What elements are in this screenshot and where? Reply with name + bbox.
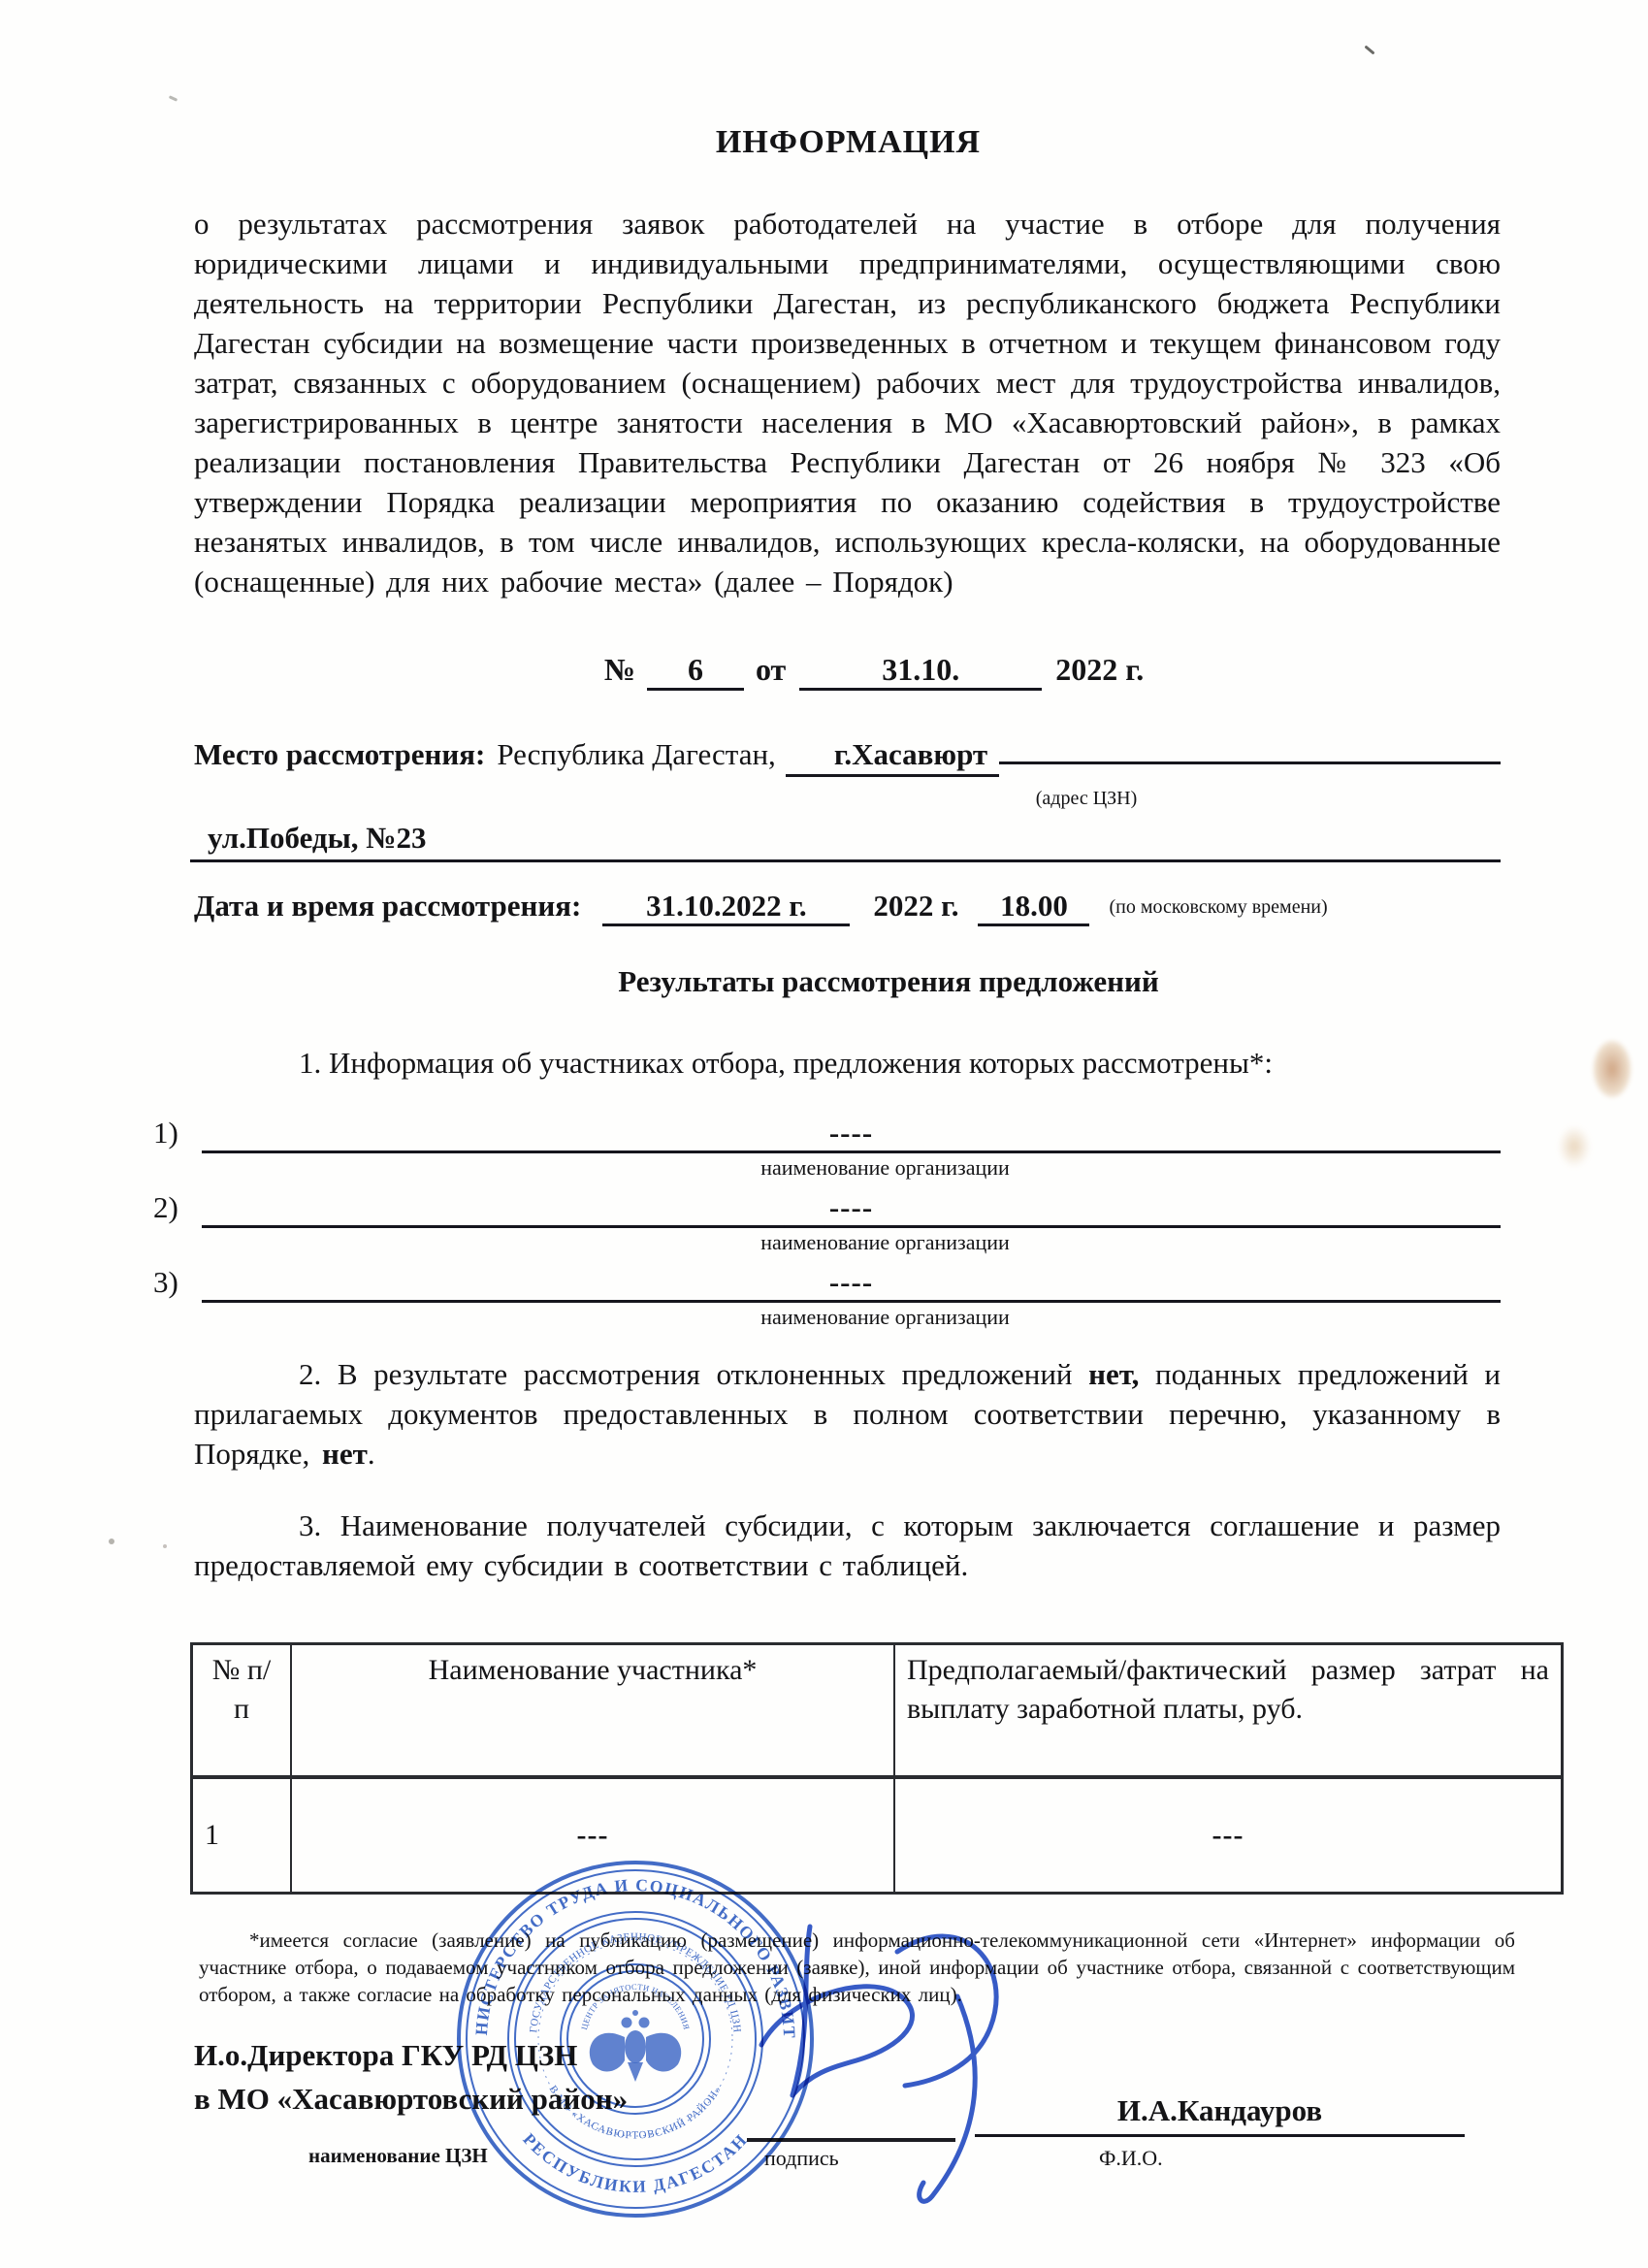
timezone-note: (по московскому времени) [1109, 896, 1327, 919]
org-name-caption: наименование организации [153, 1303, 1501, 1331]
datetime-row: Дата и время рассмотрения: 31.10.2022 г.… [194, 889, 1513, 926]
org-entry-number: 2) [153, 1190, 202, 1225]
scan-artifact-speck [163, 1544, 167, 1548]
stamp-mid-bottom-text: В МО «ХАСАВЮРТОВСКИЙ РАЙОН» [547, 2084, 725, 2142]
document-year-value: 2022 г. [1055, 652, 1144, 687]
item2-text: . [368, 1437, 375, 1471]
organization-entry: 3) ---- наименование организации [153, 1265, 1501, 1331]
row-number-cell: 1 [192, 1777, 292, 1894]
table-header-participant: Наименование участника* [291, 1644, 894, 1778]
org-entry-number: 1) [153, 1116, 202, 1150]
paper-stain [1558, 1125, 1591, 1168]
handwritten-signature [732, 1899, 1028, 2224]
org-name-blank: ---- [202, 1265, 1501, 1303]
document-date-value: 31.10. [799, 652, 1042, 691]
review-date-value: 31.10.2022 г. [602, 889, 850, 926]
scanned-document-page: ИНФОРМАЦИЯ о результатах рассмотрения за… [0, 0, 1648, 2268]
scan-artifact-mark [169, 95, 178, 102]
double-headed-eagle-emblem [590, 2010, 681, 2082]
document-number-value: 6 [647, 652, 744, 691]
name-caption: Ф.И.О. [1099, 2146, 1163, 2171]
intro-paragraph: о результатах рассмотрения заявок работо… [194, 204, 1501, 601]
item2-bold-net2: нет [322, 1437, 368, 1471]
place-region: Республика Дагестан, [497, 737, 776, 772]
review-time-value: 18.00 [978, 889, 1089, 926]
place-label: Место рассмотрения: [194, 737, 485, 772]
from-label: от [756, 652, 786, 687]
table-header-number: № п/п [192, 1644, 292, 1778]
number-sign: № [604, 652, 635, 687]
table-header-amount: Предполагаемый/фактический размер затрат… [894, 1644, 1563, 1778]
stamp-inner-text: ЦЕНТР ЗАНЯТОСТИ НАСЕЛЕНИЯ [579, 1982, 692, 2030]
item2-paragraph: 2. В результате рассмотрения отклоненных… [194, 1354, 1501, 1474]
org-name-blank: ---- [202, 1190, 1501, 1228]
document-number-line: №6от31.10.2022 г. [194, 652, 1501, 691]
table-row: 1 --- --- [192, 1777, 1563, 1894]
organization-entry: 1) ---- наименование организации [153, 1116, 1501, 1182]
organization-entry: 2) ---- наименование организации [153, 1190, 1501, 1256]
place-caption: (адрес ЦЗН) [980, 788, 1193, 810]
amount-cell: --- [894, 1777, 1563, 1894]
datetime-label: Дата и время рассмотрения: [194, 889, 581, 923]
participants-table: № п/п Наименование участника* Предполага… [190, 1642, 1564, 1895]
org-name-caption: наименование организации [153, 1153, 1501, 1182]
review-year-value: 2022 г. [873, 889, 958, 923]
results-heading: Результаты рассмотрения предложений [194, 964, 1501, 999]
org-entry-number: 3) [153, 1265, 202, 1300]
signatory-name: И.А.Кандауров [975, 2093, 1465, 2137]
org-name-caption: наименование организации [153, 1228, 1501, 1256]
svg-text:ЦЕНТР ЗАНЯТОСТИ НАСЕЛЕНИЯ: ЦЕНТР ЗАНЯТОСТИ НАСЕЛЕНИЯ [579, 1982, 692, 2030]
table-header-row: № п/п Наименование участника* Предполага… [192, 1644, 1563, 1778]
place-of-review-row: Место рассмотрения: Республика Дагестан,… [194, 737, 1501, 777]
org-name-blank: ---- [202, 1116, 1501, 1153]
paper-stain [1593, 1040, 1632, 1098]
svg-text:В МО «ХАСАВЮРТОВСКИЙ РАЙОН»: В МО «ХАСАВЮРТОВСКИЙ РАЙОН» [547, 2084, 725, 2142]
item2-bold-net1: нет, [1088, 1357, 1139, 1391]
scan-artifact-speck [109, 1539, 114, 1544]
item3-paragraph: 3. Наименование получателей субсидии, с … [194, 1506, 1501, 1585]
item1-paragraph: 1. Информация об участниках отбора, пред… [194, 1046, 1501, 1081]
place-city-value: г.Хасавюрт [786, 737, 999, 777]
place-address-line: ул.Победы, №23 [190, 821, 1501, 862]
document-title: ИНФОРМАЦИЯ [0, 124, 1648, 161]
organizations-list: 1) ---- наименование организации 2) ----… [153, 1116, 1501, 1340]
item2-text: 2. В результате рассмотрения отклоненных… [299, 1357, 1088, 1391]
scan-artifact-mark [1364, 45, 1374, 54]
blank-underline [999, 761, 1501, 764]
